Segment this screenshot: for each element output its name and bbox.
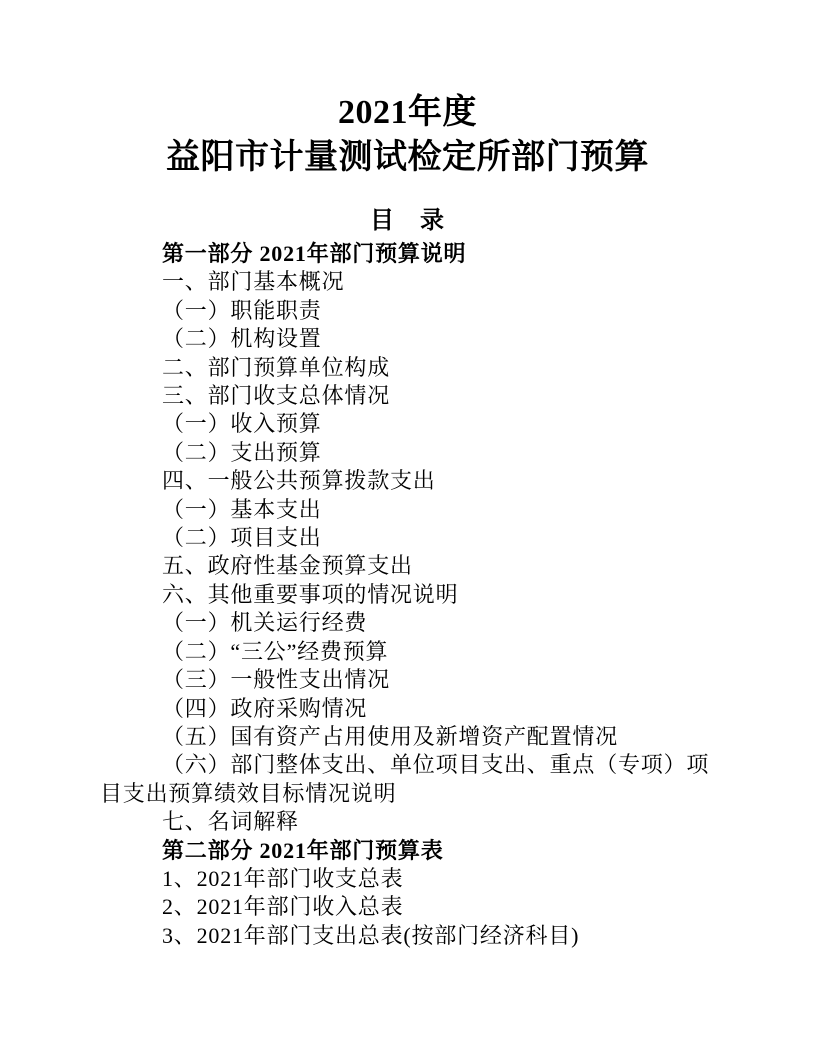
toc-line: 三、部门收支总体情况: [100, 382, 715, 410]
toc-line: （四）政府采购情况: [100, 695, 715, 723]
toc-line: 3、2021年部门支出总表(按部门经济科目): [100, 922, 715, 950]
toc-line: 2、2021年部门收入总表: [100, 893, 715, 921]
toc-line: 六、其他重要事项的情况说明: [100, 581, 715, 609]
toc-line: （一）机关运行经费: [100, 609, 715, 637]
toc-line: （二）支出预算: [100, 439, 715, 467]
toc-line: （一）收入预算: [100, 410, 715, 438]
toc-list: 第一部分 2021年部门预算说明一、部门基本概况（一）职能职责（二）机构设置二、…: [100, 240, 715, 950]
toc-line: 第二部分 2021年部门预算表: [100, 837, 715, 865]
toc-line: 1、2021年部门收支总表: [100, 865, 715, 893]
toc-line: （二）“三公”经费预算: [100, 638, 715, 666]
toc-line: 目支出预算绩效目标情况说明: [100, 780, 715, 808]
toc-line: （一）基本支出: [100, 496, 715, 524]
toc-line: （三）一般性支出情况: [100, 666, 715, 694]
document-page: 2021年度 益阳市计量测试检定所部门预算 目 录 第一部分 2021年部门预算…: [0, 0, 815, 1055]
toc-line: 第一部分 2021年部门预算说明: [100, 240, 715, 268]
toc-line: （二）项目支出: [100, 524, 715, 552]
doc-title-year: 2021年度: [100, 90, 715, 135]
toc-line: （二）机构设置: [100, 325, 715, 353]
toc-line: 一、部门基本概况: [100, 268, 715, 296]
doc-title-department: 益阳市计量测试检定所部门预算: [100, 135, 715, 180]
toc-heading: 目 录: [100, 206, 715, 236]
toc-line: 四、一般公共预算拨款支出: [100, 467, 715, 495]
toc-line: 二、部门预算单位构成: [100, 354, 715, 382]
toc-line: 五、政府性基金预算支出: [100, 552, 715, 580]
toc-line: （五）国有资产占用使用及新增资产配置情况: [100, 723, 715, 751]
toc-line: （一）职能职责: [100, 297, 715, 325]
toc-line: （六）部门整体支出、单位项目支出、重点（专项）项: [100, 751, 715, 779]
toc-line: 七、名词解释: [100, 808, 715, 836]
